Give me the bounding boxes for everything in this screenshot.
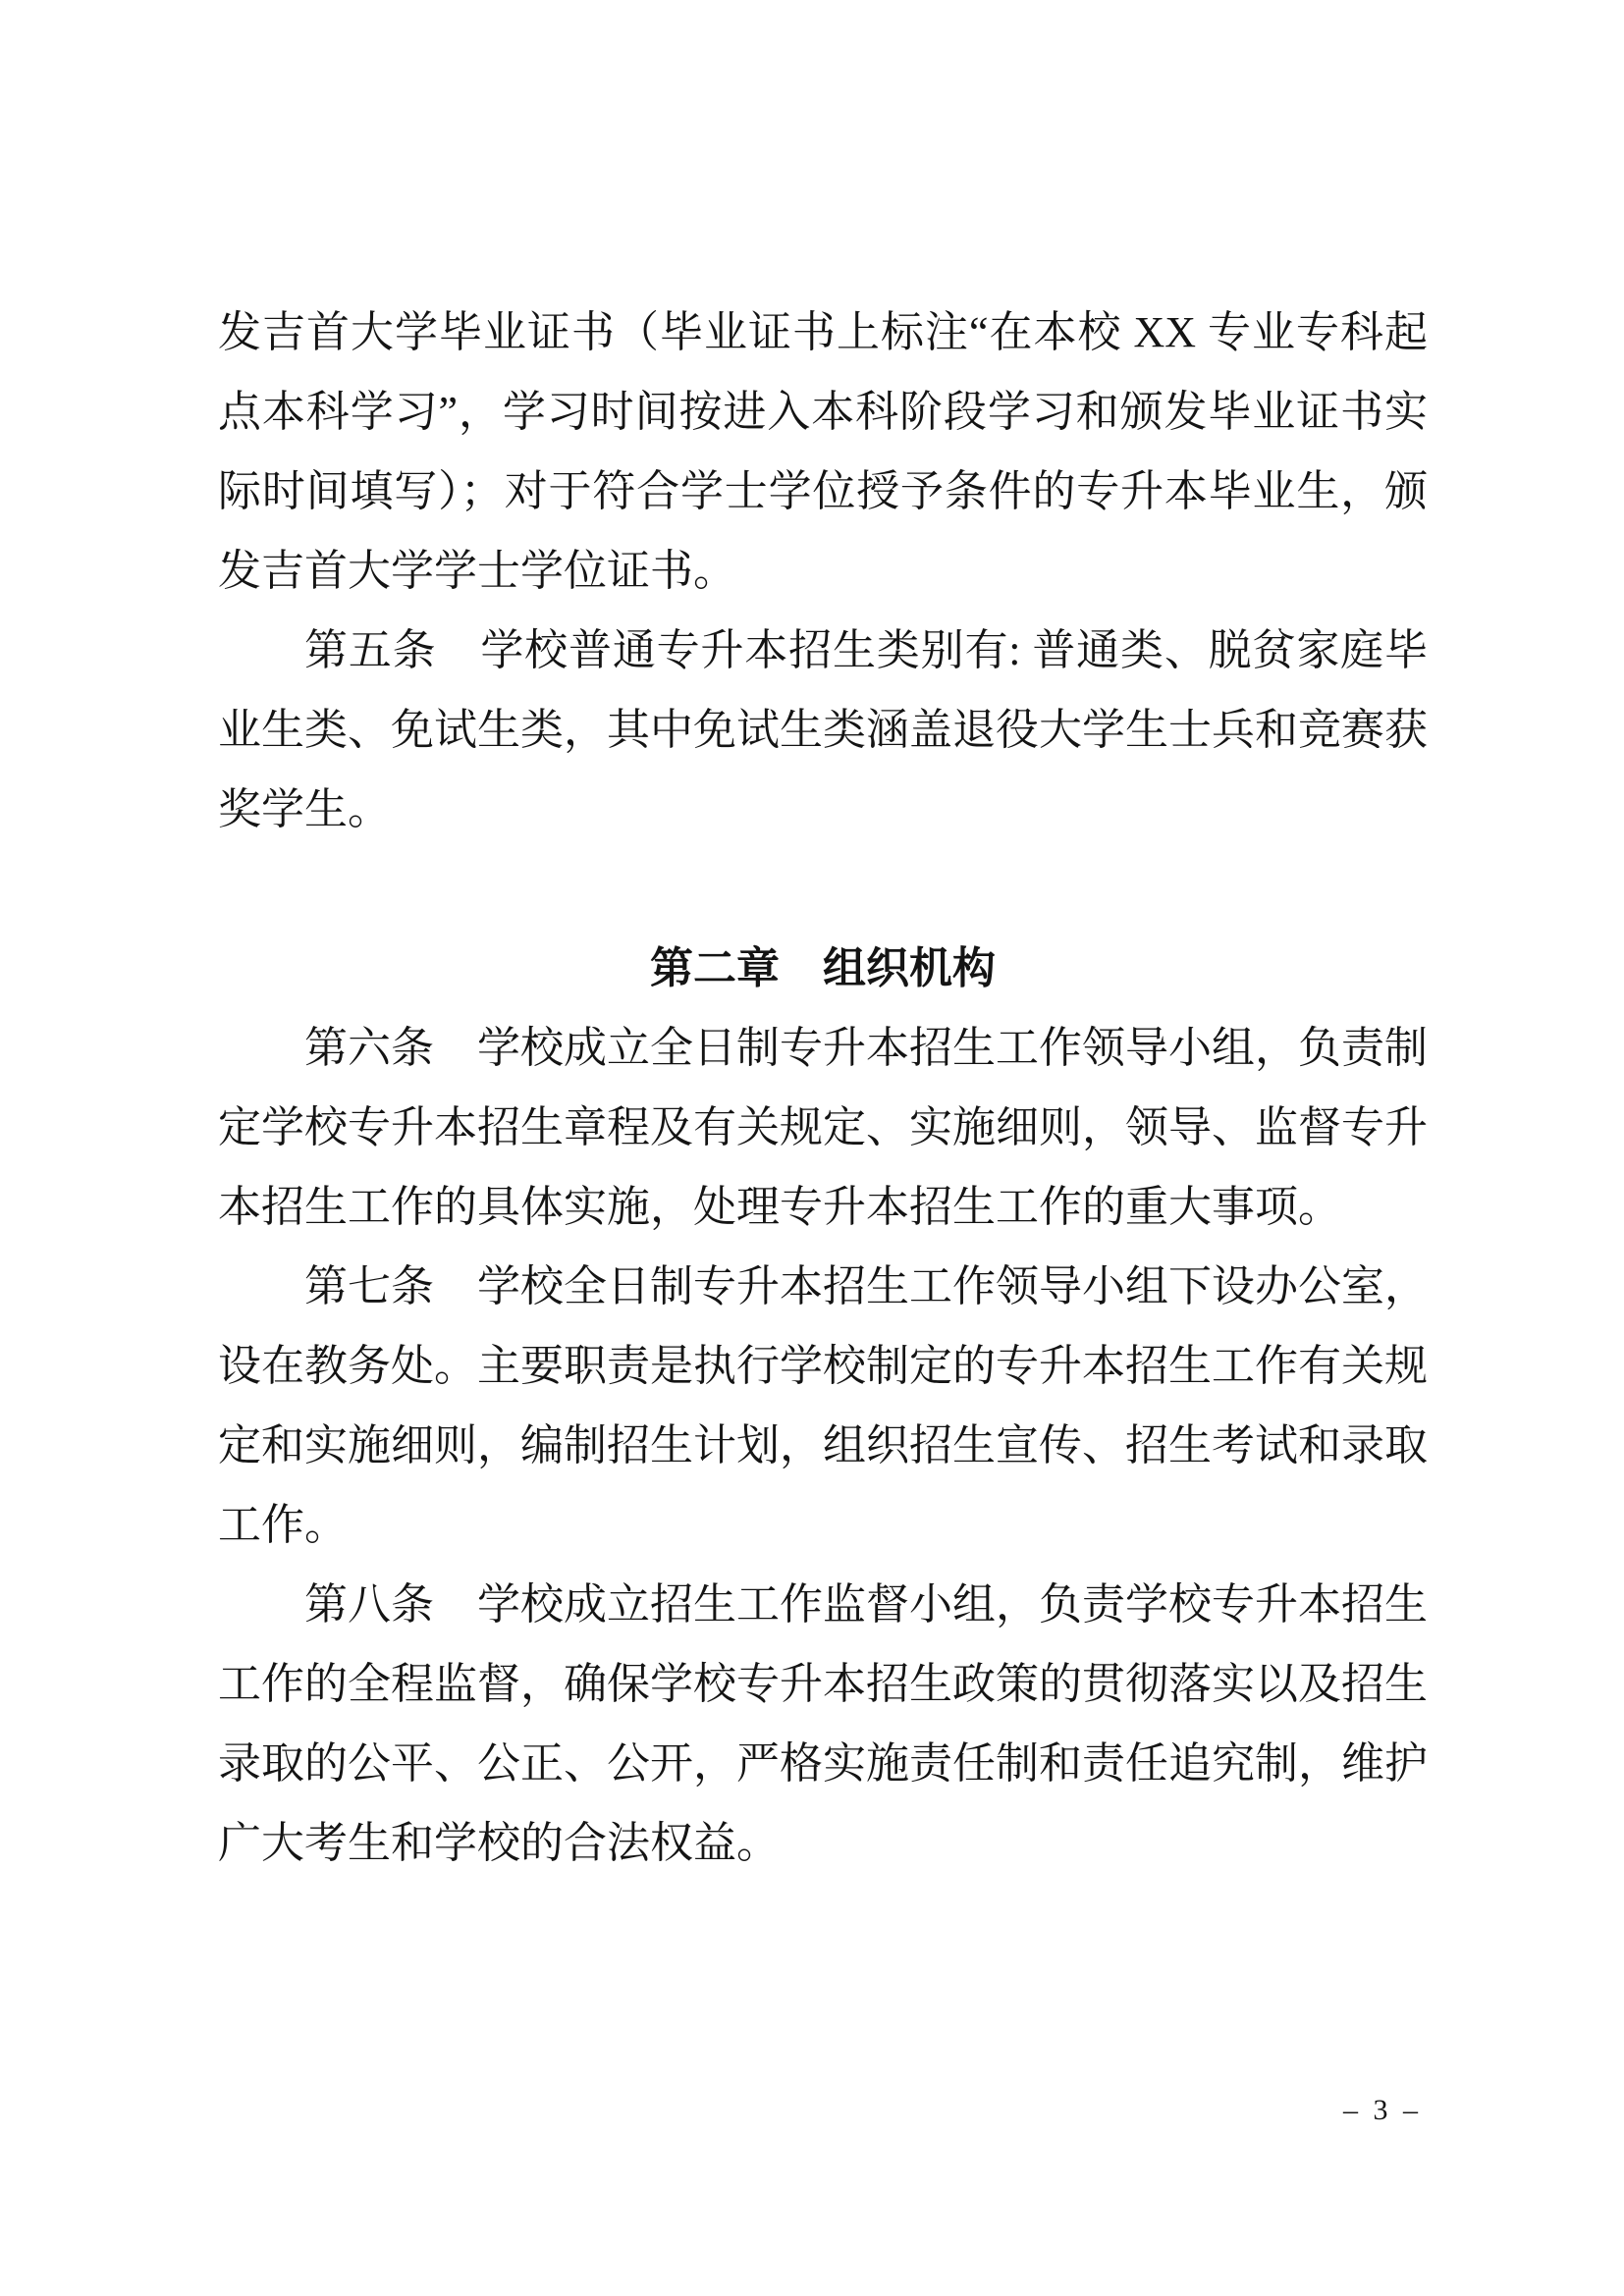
chapter-heading: 第二章 组织机构 — [218, 929, 1428, 1008]
body-line: 奖学生。 — [218, 770, 1428, 849]
page-number: – 3 – — [1343, 2091, 1422, 2130]
document-body: 发吉首大学毕业证书（毕业证书上标注“在本校 XX 专业专科起 点本科学习”，学习… — [218, 293, 1428, 1883]
body-line: 发吉首大学毕业证书（毕业证书上标注“在本校 XX 专业专科起 — [218, 293, 1428, 372]
body-line: 发吉首大学学士学位证书。 — [218, 531, 1428, 611]
body-line: 定和实施细则，编制招生计划，组织招生宣传、招生考试和录取 — [218, 1406, 1428, 1485]
body-line: 定学校专升本招生章程及有关规定、实施细则，领导、监督专升 — [218, 1088, 1428, 1167]
body-line: 录取的公平、公正、公开，严格实施责任制和责任追究制，维护 — [218, 1724, 1428, 1803]
body-line: 本招生工作的具体实施，处理专升本招生工作的重大事项。 — [218, 1167, 1428, 1247]
body-line: 点本科学习”，学习时间按进入本科阶段学习和颁发毕业证书实 — [218, 372, 1428, 452]
body-line: 工作。 — [218, 1485, 1428, 1565]
blank-line — [218, 849, 1428, 929]
document-page: 发吉首大学毕业证书（毕业证书上标注“在本校 XX 专业专科起 点本科学习”，学习… — [0, 0, 1624, 2296]
body-line: 际时间填写）；对于符合学士学位授予条件的专升本毕业生，颁 — [218, 452, 1428, 531]
body-line: 第五条 学校普通专升本招生类别有: 普通类、脱贫家庭毕 — [218, 611, 1428, 690]
body-line: 第八条 学校成立招生工作监督小组，负责学校专升本招生 — [218, 1565, 1428, 1644]
body-line: 工作的全程监督，确保学校专升本招生政策的贯彻落实以及招生 — [218, 1644, 1428, 1724]
body-line: 第六条 学校成立全日制专升本招生工作领导小组，负责制 — [218, 1008, 1428, 1088]
body-line: 设在教务处。主要职责是执行学校制定的专升本招生工作有关规 — [218, 1326, 1428, 1406]
body-line: 业生类、免试生类，其中免试生类涵盖退役大学生士兵和竞赛获 — [218, 690, 1428, 770]
body-line: 第七条 学校全日制专升本招生工作领导小组下设办公室， — [218, 1247, 1428, 1326]
body-line: 广大考生和学校的合法权益。 — [218, 1803, 1428, 1883]
